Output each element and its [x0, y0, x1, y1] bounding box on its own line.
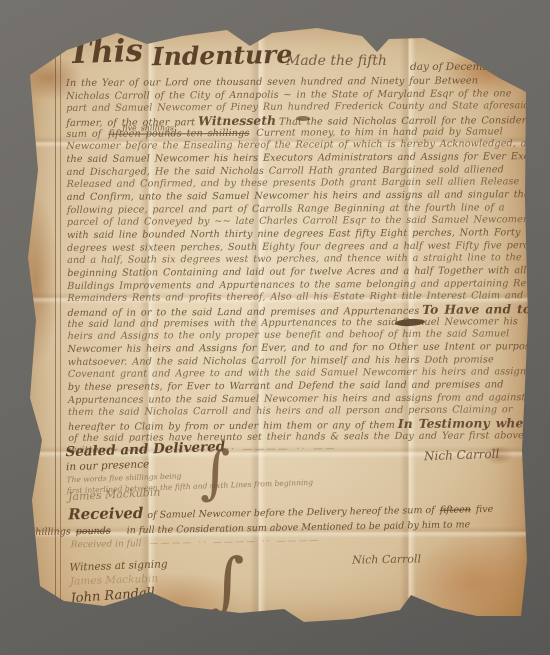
seal-bracket-flourish: ∫	[210, 544, 244, 621]
witness-at-signing-title: Witness at signing	[69, 558, 168, 573]
stain-left-edge	[14, 195, 58, 365]
deed-text: sum of	[66, 128, 101, 139]
deed-text: Current money, to him in hand paid by Sa…	[256, 126, 503, 139]
in-testimony-whereof: In Testimony whereof	[395, 415, 550, 431]
receipt-text: shillings	[30, 526, 70, 538]
witness-at-signing-block: Witness at signing James Mackubin John R…	[69, 558, 169, 604]
to-have-and-to-hold: To Have and to Hold	[419, 301, 550, 317]
carroll-signature: Nich Carroll	[424, 447, 500, 464]
heading-this: This	[67, 33, 143, 72]
seal-bracket-flourish: ∫	[200, 438, 230, 506]
struck-out-text: fifteen	[438, 504, 473, 516]
stain-bottom-right	[407, 535, 542, 630]
struck-out-text: pounds	[74, 526, 113, 538]
received-word: Received	[68, 504, 147, 523]
received-receipt-block: Receivedof Samuel Newcomer before the De…	[30, 497, 525, 551]
sealed-and-delivered-block: Sealed and Delivered in our presence The…	[65, 436, 313, 496]
heading-made-the-fifth: Made the fifth	[286, 53, 387, 69]
receipt-text: Received in full	[71, 539, 142, 550]
heading-indenture: Indenture	[152, 40, 293, 71]
heading-day-of-december: day of December	[410, 61, 500, 73]
receipt-text: five	[476, 504, 494, 515]
deed-body-text: In the Year of our Lord one thousand sev…	[66, 75, 526, 458]
carroll-signature: Nich Carroll	[352, 552, 421, 566]
receipt-text: of Samuel Newcomer before the Delivery h…	[147, 505, 435, 521]
witnesseth-word: Witnesseth	[195, 113, 279, 129]
randall-signature: John Randall	[70, 585, 169, 607]
interlined-text: five shillings	[122, 122, 174, 135]
photo-background: This Indenture Made the fifth day of Dec…	[0, 0, 550, 655]
document-paper: This Indenture Made the fifth day of Dec…	[22, 20, 530, 630]
